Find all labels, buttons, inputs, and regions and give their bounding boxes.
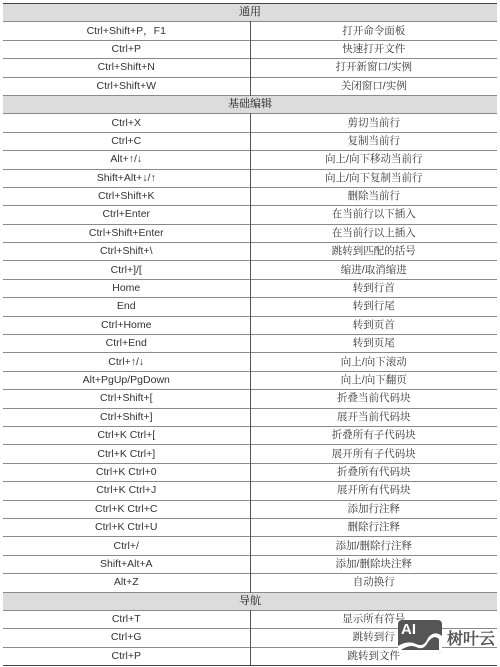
table-row: Ctrl+Shift+W关闭窗口/实例 — [3, 77, 497, 95]
table-row: Ctrl+K Ctrl+C添加行注释 — [3, 500, 497, 518]
shortcut-key: Ctrl+X — [3, 114, 250, 132]
shortcut-key: Ctrl+Shift+K — [3, 187, 250, 205]
table-row: Ctrl+Shift+]展开当前代码块 — [3, 408, 497, 426]
shortcut-description: 删除行注释 — [250, 518, 497, 536]
table-row: Alt+PgUp/PgDown向上/向下翻页 — [3, 371, 497, 389]
section-header: 通用 — [3, 4, 497, 22]
shortcut-key: Ctrl+Shift+[ — [3, 390, 250, 408]
table-row: Ctrl+Shift+\跳转到匹配的括号 — [3, 243, 497, 261]
shortcut-description: 向上/向下滚动 — [250, 353, 497, 371]
table-row: Ctrl+Shift+[折叠当前代码块 — [3, 390, 497, 408]
shortcut-description: 快速打开文件 — [250, 40, 497, 58]
table-row: Shift+Alt+↓/↑向上/向下复制当前行 — [3, 169, 497, 187]
shortcut-description: 转到页尾 — [250, 335, 497, 353]
ai-logo-icon: AI — [398, 620, 442, 654]
shortcut-description: 打开命令面板 — [250, 22, 497, 40]
shortcut-key: Ctrl+End — [3, 335, 250, 353]
shortcut-description: 转到行尾 — [250, 298, 497, 316]
shortcut-key: Ctrl+Shift+W — [3, 77, 250, 95]
shortcut-description: 跳转到匹配的括号 — [250, 243, 497, 261]
table-row: Ctrl+K Ctrl+]展开所有子代码块 — [3, 445, 497, 463]
shortcut-description: 关闭窗口/实例 — [250, 77, 497, 95]
shortcut-key: Ctrl+C — [3, 132, 250, 150]
table-row: Ctrl+Shift+K删除当前行 — [3, 187, 497, 205]
section-title: 通用 — [3, 4, 497, 22]
shortcut-key: Alt+PgUp/PgDown — [3, 371, 250, 389]
table-row: Ctrl+/添加/删除行注释 — [3, 537, 497, 555]
table-row: Ctrl+End转到页尾 — [3, 335, 497, 353]
table-row: Alt+↑/↓向上/向下移动当前行 — [3, 151, 497, 169]
table-row: Ctrl+P快速打开文件 — [3, 40, 497, 58]
shortcut-key: Ctrl+/ — [3, 537, 250, 555]
shortcut-description: 打开新窗口/实例 — [250, 59, 497, 77]
shortcut-key: Ctrl+K Ctrl+C — [3, 500, 250, 518]
shortcut-description: 添加行注释 — [250, 500, 497, 518]
shortcut-key: Alt+Z — [3, 574, 250, 592]
shortcut-description: 向上/向下移动当前行 — [250, 151, 497, 169]
shortcut-key: Ctrl+Shift+\ — [3, 243, 250, 261]
shortcut-description: 向上/向下翻页 — [250, 371, 497, 389]
table-row: Ctrl+K Ctrl+[折叠所有子代码块 — [3, 426, 497, 444]
section-title: 导航 — [3, 592, 497, 610]
shortcut-table: 通用Ctrl+Shift+P，F1打开命令面板Ctrl+P快速打开文件Ctrl+… — [3, 3, 497, 666]
shortcut-key: Ctrl+Shift+P，F1 — [3, 22, 250, 40]
shortcut-description: 展开当前代码块 — [250, 408, 497, 426]
table-row: Shift+Alt+A添加/删除块注释 — [3, 555, 497, 573]
shortcut-description: 转到行首 — [250, 279, 497, 297]
table-row: Ctrl+Home转到页首 — [3, 316, 497, 334]
table-row: Alt+Z自动换行 — [3, 574, 497, 592]
shortcut-key: Ctrl+G — [3, 629, 250, 647]
shortcut-key: Ctrl+K Ctrl+U — [3, 518, 250, 536]
shortcut-description: 转到页首 — [250, 316, 497, 334]
shortcut-description: 在当前行以下插入 — [250, 206, 497, 224]
section-header: 导航 — [3, 592, 497, 610]
table-row: Ctrl+Enter在当前行以下插入 — [3, 206, 497, 224]
shortcut-key: Ctrl+Shift+Enter — [3, 224, 250, 242]
table-row: Ctrl+Shift+N打开新窗口/实例 — [3, 59, 497, 77]
shortcut-key: End — [3, 298, 250, 316]
section-header: 基础编辑 — [3, 95, 497, 113]
shortcut-description: 在当前行以上插入 — [250, 224, 497, 242]
table-row: Ctrl+K Ctrl+U删除行注释 — [3, 518, 497, 536]
shortcut-key: Ctrl+K Ctrl+] — [3, 445, 250, 463]
table-row: Ctrl+Shift+P，F1打开命令面板 — [3, 22, 497, 40]
shortcut-key: Ctrl+P — [3, 647, 250, 665]
shortcut-description: 删除当前行 — [250, 187, 497, 205]
shortcut-description: 展开所有代码块 — [250, 482, 497, 500]
shortcut-key: Ctrl+K Ctrl+[ — [3, 426, 250, 444]
table-row: Ctrl+C复制当前行 — [3, 132, 497, 150]
shortcut-description: 折叠所有子代码块 — [250, 426, 497, 444]
shortcut-description: 缩进/取消缩进 — [250, 261, 497, 279]
shortcut-key: Ctrl+↑/↓ — [3, 353, 250, 371]
shortcut-description: 折叠所有代码块 — [250, 463, 497, 481]
table-row: Ctrl+↑/↓向上/向下滚动 — [3, 353, 497, 371]
shortcut-description: 添加/删除行注释 — [250, 537, 497, 555]
shortcut-key: Ctrl+K Ctrl+0 — [3, 463, 250, 481]
shortcut-key: Ctrl+]/[ — [3, 261, 250, 279]
shortcut-key: Ctrl+Home — [3, 316, 250, 334]
table-row: Ctrl+X剪切当前行 — [3, 114, 497, 132]
table-row: End转到行尾 — [3, 298, 497, 316]
shortcut-description: 复制当前行 — [250, 132, 497, 150]
table-row: Ctrl+Shift+Enter在当前行以上插入 — [3, 224, 497, 242]
shortcut-key: Home — [3, 279, 250, 297]
shortcut-key: Ctrl+Enter — [3, 206, 250, 224]
shortcut-key: Ctrl+Shift+N — [3, 59, 250, 77]
shortcut-key: Ctrl+P — [3, 40, 250, 58]
shortcut-key: Shift+Alt+A — [3, 555, 250, 573]
shortcut-key: Alt+↑/↓ — [3, 151, 250, 169]
shortcut-key: Shift+Alt+↓/↑ — [3, 169, 250, 187]
table-row: Ctrl+]/[缩进/取消缩进 — [3, 261, 497, 279]
shortcut-description: 向上/向下复制当前行 — [250, 169, 497, 187]
shortcut-key: Ctrl+T — [3, 610, 250, 628]
shortcut-description: 剪切当前行 — [250, 114, 497, 132]
shortcut-description: 折叠当前代码块 — [250, 390, 497, 408]
section-title: 基础编辑 — [3, 95, 497, 113]
table-row: Ctrl+K Ctrl+J展开所有代码块 — [3, 482, 497, 500]
watermark: AI 树叶云 — [398, 620, 495, 654]
table-row: Ctrl+K Ctrl+0折叠所有代码块 — [3, 463, 497, 481]
shortcut-description: 自动换行 — [250, 574, 497, 592]
shortcut-description: 添加/删除块注释 — [250, 555, 497, 573]
table-row: Home转到行首 — [3, 279, 497, 297]
shortcut-key: Ctrl+Shift+] — [3, 408, 250, 426]
shortcut-key: Ctrl+K Ctrl+J — [3, 482, 250, 500]
brand-name: 树叶云 — [447, 626, 495, 649]
shortcut-description: 展开所有子代码块 — [250, 445, 497, 463]
